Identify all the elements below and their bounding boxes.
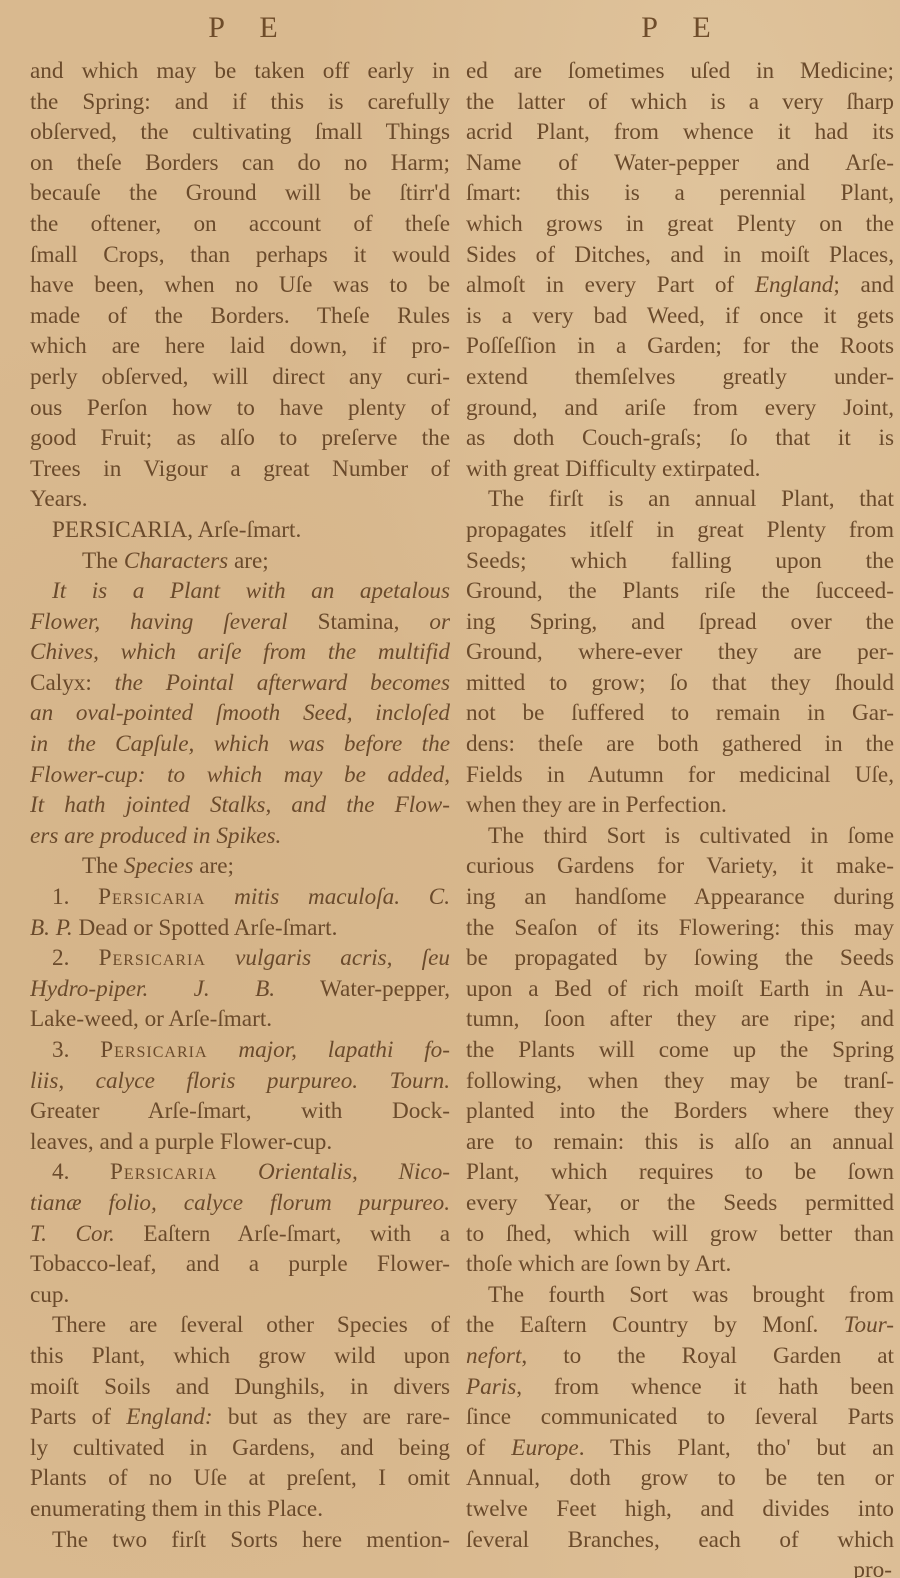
entry-heading-persicaria: PERSICARIA, Arſe-ſmart. [30, 515, 450, 546]
text-line: The two firſt Sorts here mention- [30, 1525, 450, 1556]
text-line: as doth Couch-graſs; ſo that it is [466, 423, 894, 454]
text-line: propagates itſelf in great Plenty from [466, 515, 894, 546]
text-line: Annual, doth grow to be ten or [466, 1463, 894, 1494]
text-line: Trees in Vigour a great Number of [30, 454, 450, 485]
running-head-right: P E [466, 0, 894, 56]
text-segment: Persicaria [100, 1037, 207, 1063]
text-line: Lake-weed, or Arſe-ſmart. [30, 1004, 450, 1035]
text-segment: Orientalis, Nico- [217, 1159, 450, 1185]
text-line: ing Spring, and ſpread over the [466, 607, 894, 638]
text-segment: England [755, 272, 834, 298]
text-line: liis, calyce floris purpureo. Tourn. [30, 1066, 450, 1097]
text-line: curious Gardens for Variety, it make- [466, 851, 894, 882]
text-segment: Eaſtern Arſe-ſmart, with a [115, 1221, 450, 1247]
text-line: upon a Bed of rich moiſt Earth in Au- [466, 974, 894, 1005]
text-segment: but as they are rare- [213, 1404, 450, 1430]
text-line: cup. [30, 1280, 450, 1311]
text-segment: Species [124, 853, 194, 879]
text-line: Years. [30, 484, 450, 515]
text-segment: Tour- [844, 1312, 894, 1338]
text-line: Greater Arſe-ſmart, with Dock- [30, 1096, 450, 1127]
text-segment: England: [126, 1404, 212, 1430]
text-line: of Europe. This Plant, tho' but an [466, 1433, 894, 1464]
text-line: the latter of which is a very ſharp [466, 87, 894, 118]
text-segment: 3. [52, 1037, 100, 1063]
left-column-text: and which may be taken off early in the … [30, 56, 450, 1555]
text-segment: nefort [466, 1343, 521, 1369]
text-segment: Water-pepper, [275, 976, 450, 1002]
text-segment: B. P. [30, 915, 73, 941]
right-column: P E ed are ſometimes uſed in Medicine; t… [466, 0, 894, 1578]
text-line: on theſe Borders can do no Harm; [30, 148, 450, 179]
text-line: the oftener, on account of theſe [30, 209, 450, 240]
text-line: It is a Plant with an apetalous [30, 576, 450, 607]
text-line: Plant, which requires to be ſown [466, 1157, 894, 1188]
text-segment: major, lapathi fo- [208, 1037, 450, 1063]
text-segment: , to the Royal Garden at [521, 1343, 894, 1369]
text-segment: Hydro-piper. J. B. [30, 976, 275, 1002]
text-line: are to remain: this is alſo an annual [466, 1127, 894, 1158]
text-line: tumn, ſoon after they are ripe; and [466, 1004, 894, 1035]
text-line: obſerved, the cultivating ſmall Things [30, 117, 450, 148]
text-segment: are; [228, 548, 269, 574]
text-line: Sides of Ditches, and in moiſt Places, [466, 240, 894, 271]
text-line: nefort, to the Royal Garden at [466, 1341, 894, 1372]
text-line: There are ſeveral other Species of [30, 1310, 450, 1341]
text-segment: Persicaria [98, 884, 205, 910]
text-line: the Spring: and if this is carefully [30, 87, 450, 118]
book-page: P E and which may be taken off early in … [0, 0, 900, 1578]
text-segment: Europe [511, 1435, 578, 1461]
text-segment: Calyx: [30, 670, 92, 696]
text-line: Poſſeſſion in a Garden; for the Roots [466, 331, 894, 362]
text-segment: Paris [466, 1374, 516, 1400]
text-line: twelve Feet high, and divides into [466, 1494, 894, 1525]
right-column-text: ed are ſometimes uſed in Medicine; the l… [466, 56, 894, 1578]
text-segment: vulgaris acris, ſeu [206, 945, 450, 971]
text-line: following, when they may be tranſ- [466, 1066, 894, 1097]
text-line: enumerating them in this Place. [30, 1494, 450, 1525]
text-line: ſmall Crops, than perhaps it would [30, 240, 450, 271]
running-head-left: P E [30, 0, 450, 56]
text-line: planted into the Borders where they [466, 1096, 894, 1127]
text-line: ground, and ariſe from every Joint, [466, 393, 894, 424]
text-segment: of [466, 1435, 511, 1461]
text-line: ly cultivated in Gardens, and being [30, 1433, 450, 1464]
species-item-3: 3. Persicaria major, lapathi fo- [30, 1035, 450, 1066]
text-line: ſince communicated to ſeveral Parts [466, 1402, 894, 1433]
text-line: Chives, which ariſe from the multifid [30, 637, 450, 668]
text-line: not be ſuffered to remain in Gar- [466, 698, 894, 729]
text-line: in the Capſule, which was before the [30, 729, 450, 760]
text-line: Paris, from whence it hath been [466, 1372, 894, 1403]
text-segment: Persicaria [110, 1159, 217, 1185]
text-line: Seeds; which falling upon the [466, 546, 894, 577]
text-line: leaves, and a purple Flower-cup. [30, 1127, 450, 1158]
text-segment: The [82, 853, 124, 879]
species-item-4: 4. Persicaria Orientalis, Nico- [30, 1157, 450, 1188]
text-segment: Characters [124, 548, 228, 574]
text-line: moiſt Soils and Dunghils, in divers [30, 1372, 450, 1403]
species-item-2: 2. Persicaria vulgaris acris, ſeu [30, 943, 450, 974]
text-line: ing an handſome Appearance during [466, 882, 894, 913]
text-line: T. Cor. Eaſtern Arſe-ſmart, with a [30, 1219, 450, 1250]
text-line: Parts of England: but as they are rare- [30, 1402, 450, 1433]
text-line: every Year, or the Seeds permitted [466, 1188, 894, 1219]
text-line: ſeveral Branches, each of which [466, 1525, 894, 1556]
text-line: The fourth Sort was brought from [466, 1280, 894, 1311]
text-line: the Seaſon of its Flowering: this may [466, 913, 894, 944]
text-segment: Persicaria [99, 945, 206, 971]
text-line: extend themſelves greatly under- [466, 362, 894, 393]
text-line: Hydro-piper. J. B. Water-pepper, [30, 974, 450, 1005]
text-line: B. P. Dead or Spotted Arſe-ſmart. [30, 913, 450, 944]
text-line: perly obſerved, will direct any curi- [30, 362, 450, 393]
text-segment: mitis maculoſa. C. [205, 884, 450, 910]
text-line: Name of Water-pepper and Arſe- [466, 148, 894, 179]
text-segment: 1. [52, 884, 98, 910]
text-segment: . This Plant, tho' but an [579, 1435, 894, 1461]
text-line: thoſe which are ſown by Art. [466, 1249, 894, 1280]
text-line: almoſt in every Part of England; and [466, 270, 894, 301]
text-line: have been, when no Uſe was to be [30, 270, 450, 301]
text-line: Fields in Autumn for medicinal Uſe, [466, 760, 894, 791]
text-line: The third Sort is cultivated in ſome [466, 821, 894, 852]
text-line: be propagated by ſowing the Seeds [466, 943, 894, 974]
text-line: the Eaſtern Country by Monſ. Tour- [466, 1310, 894, 1341]
text-line: and which may be taken off early in [30, 56, 450, 87]
text-segment: 4. [52, 1159, 110, 1185]
text-segment: the Eaſtern Country by Monſ. [466, 1312, 844, 1338]
text-segment: are; [193, 853, 234, 879]
species-item-1: 1. Persicaria mitis maculoſa. C. [30, 882, 450, 913]
text-line: Calyx: the Pointal afterward becomes [30, 668, 450, 699]
species-heading: The Species are; [30, 851, 450, 882]
text-line: mitted to grow; ſo that they ſhould [466, 668, 894, 699]
text-line: acrid Plant, from whence it had its [466, 117, 894, 148]
text-line: this Plant, which grow wild upon [30, 1341, 450, 1372]
text-line: ed are ſometimes uſed in Medicine; [466, 56, 894, 87]
catchword: pro- [466, 1555, 894, 1578]
text-segment: Flower, having ſeveral [30, 609, 318, 635]
text-line: becauſe the Ground will be ſtirr'd [30, 178, 450, 209]
text-segment: the Pointal afterward becomes [92, 670, 450, 696]
text-segment: Stamina, [318, 609, 400, 635]
text-line: Flower, having ſeveral Stamina, or [30, 607, 450, 638]
text-line: tianæ folio, calyce florum purpureo. [30, 1188, 450, 1219]
text-segment: almoſt in every Part of [466, 272, 755, 298]
text-line: the Plants will come up the Spring [466, 1035, 894, 1066]
text-line: Ground, where-ever they are per- [466, 637, 894, 668]
text-line: ers are produced in Spikes. [30, 821, 450, 852]
text-line: an oval-pointed ſmooth Seed, incloſed [30, 698, 450, 729]
text-segment: , from whence it hath been [516, 1374, 894, 1400]
text-segment: Dead or Spotted Arſe-ſmart. [73, 915, 338, 941]
text-line: to ſhed, which will grow better than [466, 1219, 894, 1250]
text-line: with great Difficulty extirpated. [466, 454, 894, 485]
text-line: made of the Borders. Theſe Rules [30, 301, 450, 332]
text-line: Tobacco-leaf, and a purple Flower- [30, 1249, 450, 1280]
text-segment: or [399, 609, 450, 635]
text-segment: The [82, 548, 124, 574]
text-line: dens: theſe are both gathered in the [466, 729, 894, 760]
text-line: It hath jointed Stalks, and the Flow- [30, 790, 450, 821]
text-segment: Parts of [30, 1404, 126, 1430]
text-line: which are here laid down, if pro- [30, 331, 450, 362]
text-line: Ground, the Plants riſe the ſucceed- [466, 576, 894, 607]
left-column: P E and which may be taken off early in … [30, 0, 450, 1555]
text-line: The firſt is an annual Plant, that [466, 484, 894, 515]
text-line: ſmart: this is a perennial Plant, [466, 178, 894, 209]
text-line: is a very bad Weed, if once it gets [466, 301, 894, 332]
text-line: which grows in great Plenty on the [466, 209, 894, 240]
text-segment: T. Cor. [30, 1221, 115, 1247]
text-line: ous Perſon how to have plenty of [30, 393, 450, 424]
text-line: Plants of no Uſe at preſent, I omit [30, 1463, 450, 1494]
text-line: when they are in Perfection. [466, 790, 894, 821]
text-line: good Fruit; as alſo to preſerve the [30, 423, 450, 454]
text-segment: 2. [52, 945, 99, 971]
characters-heading: The Characters are; [30, 546, 450, 577]
text-line: Flower-cup: to which may be added, [30, 760, 450, 791]
text-segment: ; and [833, 272, 894, 298]
